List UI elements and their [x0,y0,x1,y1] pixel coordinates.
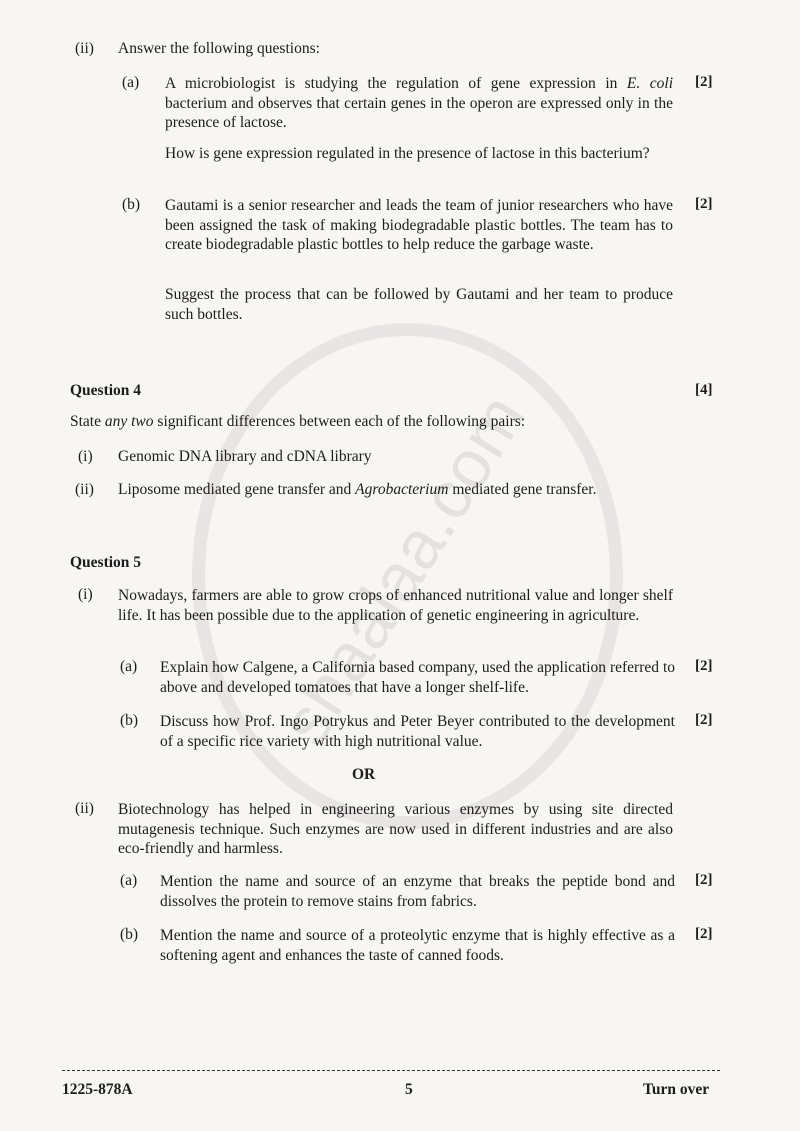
watermark-text: shaalaa.com [265,380,541,758]
subpart-label: (a) [120,658,137,676]
question-title: Question 4 [70,382,141,400]
subpart-label: (a) [122,74,139,92]
marks: [2] [695,712,713,729]
marks: [2] [695,926,713,943]
subpart-label: (b) [122,196,140,214]
marks: [4] [695,382,713,399]
part-label: (i) [78,586,93,604]
item-label: (i) [78,448,93,466]
part-text: Nowadays, farmers are able to grow crops… [118,586,673,625]
item-text: Genomic DNA library and cDNA library [118,448,372,466]
question-prompt: How is gene expression regulated in the … [165,144,673,164]
part-text: Biotechnology has helped in engineering … [118,800,673,859]
question-text: Discuss how Prof. Ingo Potrykus and Pete… [160,712,675,751]
or-separator: OR [352,766,375,784]
marks: [2] [695,196,713,213]
footer-divider [62,1070,720,1071]
paper-code: 1225-878A [62,1081,133,1099]
subpart-label: (b) [120,712,138,730]
turn-over: Turn over [643,1081,709,1099]
marks: [2] [695,74,713,91]
question-text: Mention the name and source of an enzyme… [160,872,675,911]
page-number: 5 [405,1081,413,1099]
question-title: Question 5 [70,554,141,572]
part-label: (ii) [75,40,94,58]
question-text: A microbiologist is studying the regulat… [165,74,673,133]
marks: [2] [695,658,713,675]
question-text: Mention the name and source of a proteol… [160,926,675,965]
part-label: (ii) [75,800,94,818]
question-text: Gautami is a senior researcher and leads… [165,196,673,255]
item-text: Liposome mediated gene transfer and Agro… [118,481,596,499]
marks: [2] [695,872,713,889]
question-prompt: Suggest the process that can be followed… [165,285,673,324]
question-text: Explain how Calgene, a California based … [160,658,675,697]
watermark-circle [192,323,623,829]
subpart-label: (a) [120,872,137,890]
question-intro: State any two significant differences be… [70,413,525,431]
part-intro: Answer the following questions: [118,40,320,58]
subpart-label: (b) [120,926,138,944]
item-label: (ii) [75,481,94,499]
